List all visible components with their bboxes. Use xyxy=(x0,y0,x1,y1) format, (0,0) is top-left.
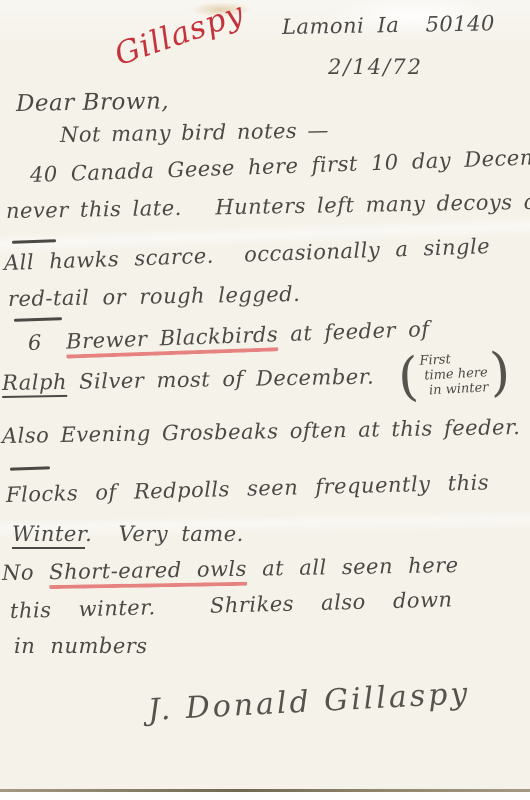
in-numbers-line: in numbers xyxy=(14,635,148,658)
hawks-line-1: All hawks scarce. occasionally a single xyxy=(4,235,491,275)
feeder-of-text: at feeder of xyxy=(278,317,430,346)
ralph-silver-line: Ralph Silver most of December. xyxy=(2,366,375,396)
note-text: First time here in winter xyxy=(417,351,491,399)
short-eared-owls-underlined: Short-eared owls xyxy=(49,557,247,589)
paragraph-separator-dash xyxy=(10,466,50,470)
redpolls-line-2: Winter. Very tame. xyxy=(12,523,244,546)
redpolls-line-1: Flocks of Redpolls seen frequently this xyxy=(6,471,490,507)
shrikes-line: this winter. Shrikes also down xyxy=(10,588,453,623)
brewer-blackbirds-line: 6 Brewer Blackbirds at feeder of xyxy=(28,318,430,355)
note-line-3: in winter xyxy=(421,381,489,399)
intro-line: Not many bird notes — xyxy=(60,119,329,147)
scan-background-strip xyxy=(0,792,530,800)
paragraph-separator-dash xyxy=(12,239,56,243)
very-tame-text: . Very tame. xyxy=(85,522,244,546)
letter-page: Gillaspy Lamoni Ia 50140 2/14/72 Dear Br… xyxy=(0,0,530,790)
location-line: Lamoni Ia 50140 xyxy=(282,12,495,39)
short-eared-owls-line: No Short-eared owls at all seen here xyxy=(2,554,459,585)
evening-grosbeaks-line: Also Evening Grosbeaks often at this fee… xyxy=(2,416,521,448)
seen-here-text: at all seen here xyxy=(247,553,459,581)
hawks-line-2: red-tail or rough legged. xyxy=(8,283,301,311)
no-text: No xyxy=(2,560,50,585)
canada-geese-line-1: 40 Canada Geese here first 10 day Decemb… xyxy=(30,145,530,187)
signature: J. Donald Gillaspy xyxy=(147,677,471,727)
first-time-winter-note: ( First time here in winter ) xyxy=(397,349,511,402)
open-paren: ( xyxy=(397,354,420,402)
paragraph-separator-dash xyxy=(14,317,62,321)
blackbird-count: 6 xyxy=(28,330,67,355)
close-paren: ) xyxy=(489,349,512,397)
canada-geese-line-2: never this late. Hunters left many decoy… xyxy=(6,190,530,223)
silver-december-text: Silver most of December. xyxy=(67,365,375,394)
ralph-underlined: Ralph xyxy=(2,370,67,398)
date-line: 2/14/72 xyxy=(328,56,423,79)
brewer-blackbirds-underlined: Brewer Blackbirds xyxy=(66,322,279,358)
winter-underlined: Winter xyxy=(12,522,85,549)
salutation: Dear Brown, xyxy=(16,89,170,117)
red-name-annotation: Gillaspy xyxy=(110,0,249,73)
